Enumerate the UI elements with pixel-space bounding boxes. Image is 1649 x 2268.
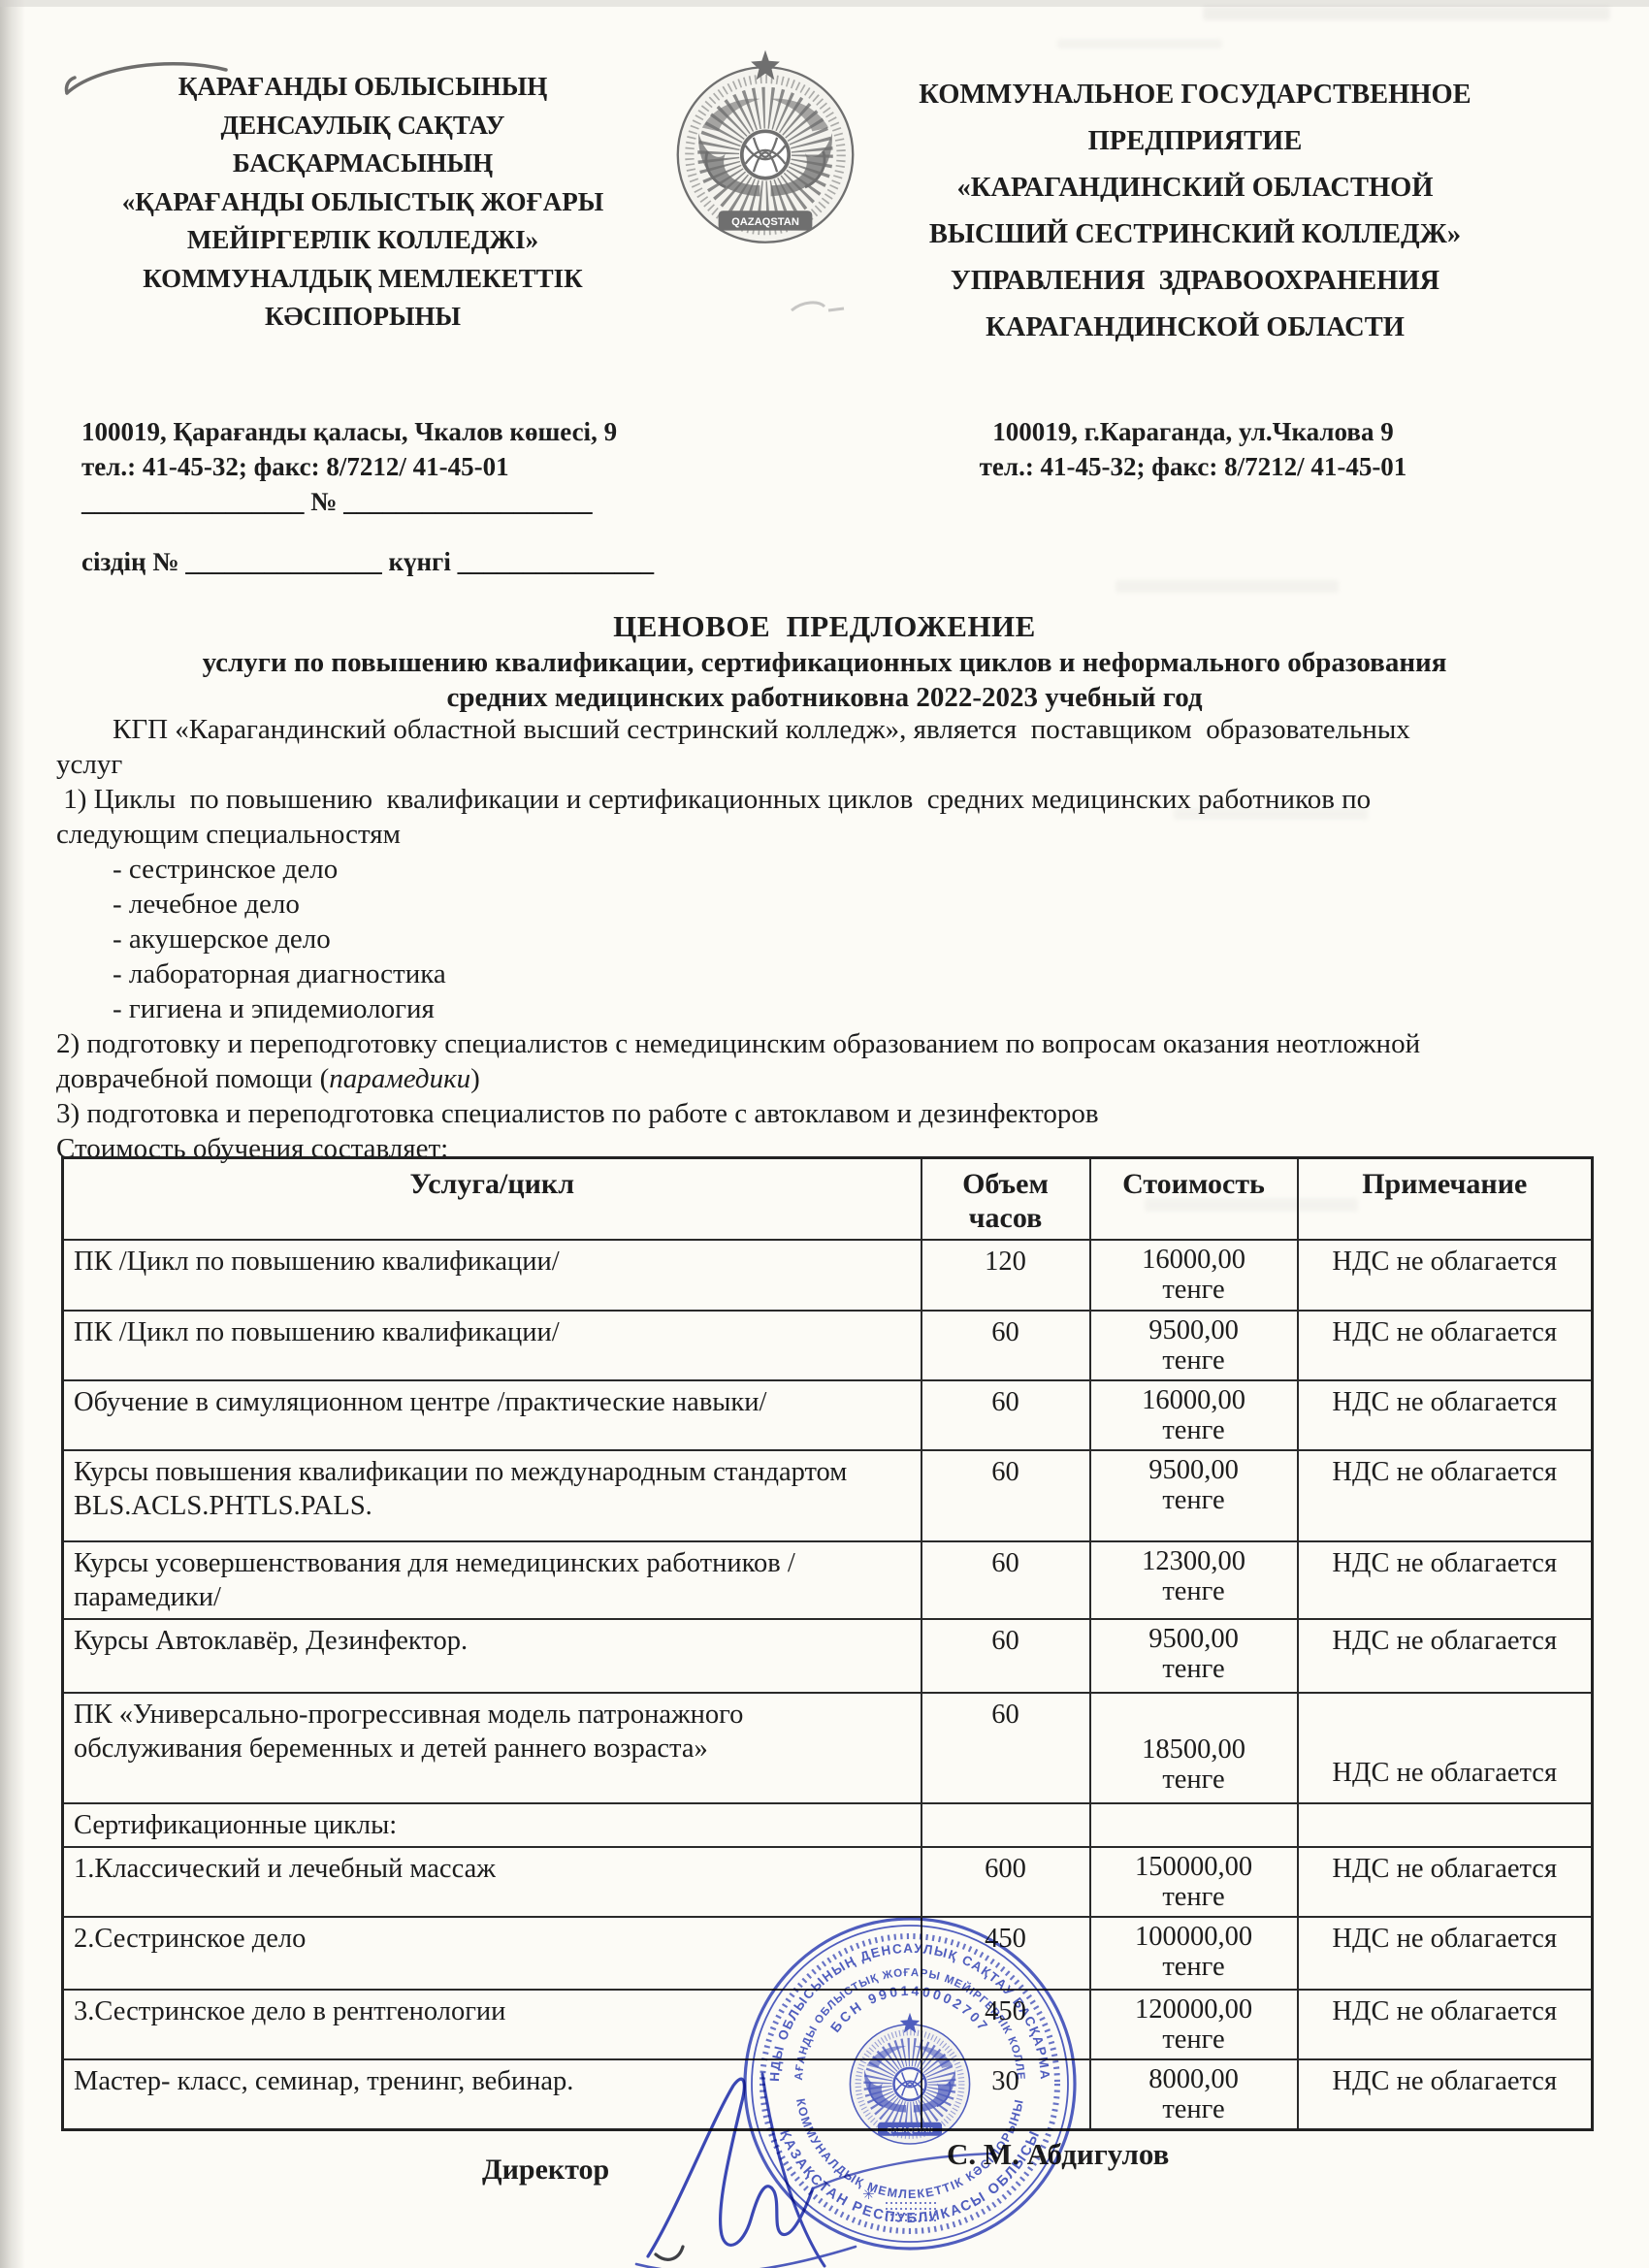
body-line-paramedic: доврачебной помощи (парамедики): [56, 1061, 1604, 1096]
cell-note: [1298, 1803, 1593, 1847]
body-paragraph: КГП «Карагандинский областной высший сес…: [56, 712, 1604, 1166]
phone-line: тел.: 41-45-32; факс: 8/7212/ 41-45-01: [81, 449, 654, 484]
header-block-russian: КОММУНАЛЬНОЕ ГОСУДАРСТВЕННОЕ ПРЕДПРИЯТИЕ…: [885, 72, 1505, 351]
number-line: _________________ № ___________________: [81, 484, 654, 519]
header-line: КӘСІПОРЫНЫ: [76, 298, 650, 337]
scan-edge-shadow: [0, 0, 25, 2268]
body-line: - сестринское дело: [56, 852, 1604, 887]
scan-smudge-icon: [786, 297, 850, 318]
cell-cost: 16000,00тенге: [1090, 1380, 1298, 1450]
cell-note: НДС не облагается: [1298, 1847, 1593, 1917]
header-line: УПРАВЛЕНИЯ ЗДРАВООХРАНЕНИЯ: [885, 258, 1505, 305]
header-line: КАРАГАНДИНСКОЙ ОБЛАСТИ: [885, 305, 1505, 351]
header-line: КОММУНАЛЬНОЕ ГОСУДАРСТВЕННОЕ: [885, 72, 1505, 118]
paramedic-post: ): [470, 1063, 480, 1094]
body-line: КГП «Карагандинский областной высший сес…: [56, 712, 1604, 747]
cell-note: НДС не облагается: [1298, 1917, 1593, 1990]
address-line: 100019, Қарағанды қаласы, Чкалов көшесі,…: [81, 414, 654, 449]
cell-cost: 9500,00тенге: [1090, 1311, 1298, 1380]
body-line: 3) подготовка и переподготовка специалис…: [56, 1096, 1604, 1131]
scan-artifact: [1115, 580, 1339, 593]
table-row: ПК /Цикл по повышению квалификации/ 60 9…: [63, 1311, 1593, 1380]
body-line: 1) Циклы по повышению квалификации и сер…: [56, 782, 1604, 817]
header-line: «КАРАГАНДИНСКИЙ ОБЛАСТНОЙ: [885, 165, 1505, 211]
cell-note: НДС не облагается: [1298, 1541, 1593, 1619]
body-line: следующим специальностям: [56, 817, 1604, 852]
cell-note: НДС не облагается: [1298, 1619, 1593, 1693]
table-row: Курсы усовершенствования для немедицинск…: [63, 1541, 1593, 1619]
kazakhstan-coat-of-arms-icon: [656, 45, 875, 252]
address-block-kazakh: 100019, Қарағанды қаласы, Чкалов көшесі,…: [81, 414, 654, 579]
document-subtitle: услуги по повышению квалификации, сертиф…: [0, 647, 1649, 679]
header-line: МЕЙІРГЕРЛІК КОЛЛЕДЖІ»: [76, 221, 650, 260]
cell-service: Курсы повышения квалификации по междунар…: [63, 1450, 921, 1541]
cell-hours: 60: [921, 1380, 1090, 1450]
header-line: ҚАРАҒАНДЫ ОБЛЫСЫНЫҢ: [76, 68, 650, 107]
director-label: Директор: [482, 2154, 609, 2187]
cell-note: НДС не облагается: [1298, 1240, 1593, 1311]
table-header-cell: Стоимость: [1090, 1158, 1298, 1241]
body-line: услуг: [56, 747, 1604, 782]
cell-service: Обучение в симуляционном центре /практич…: [63, 1380, 921, 1450]
cell-hours: 60: [921, 1541, 1090, 1619]
paramedic-italic: парамедики: [329, 1063, 470, 1094]
cell-hours: 60: [921, 1619, 1090, 1693]
header-line: КОММУНАЛДЫҚ МЕМЛЕКЕТТІК: [76, 260, 650, 299]
body-line: - лабораторная диагностика: [56, 956, 1604, 991]
scan-artifact: [1057, 39, 1222, 49]
cell-note: НДС не облагается: [1298, 1311, 1593, 1380]
table-row: ПК /Цикл по повышению квалификации/ 120 …: [63, 1240, 1593, 1311]
cell-cost: 9500,00тенге: [1090, 1619, 1298, 1693]
cell-note: НДС не облагается: [1298, 1990, 1593, 2059]
table-row: 1.Классический и лечебный массаж 600 150…: [63, 1847, 1593, 1917]
cell-service: Курсы усовершенствования для немедицинск…: [63, 1541, 921, 1619]
signature-scribble-icon: [619, 2064, 1065, 2268]
body-line: - акушерское дело: [56, 922, 1604, 956]
cell-cost: 100000,00тенге: [1090, 1917, 1298, 1990]
cell-cost: [1090, 1803, 1298, 1847]
cell-hours: [921, 1803, 1090, 1847]
table-header-cell: Объем часов: [921, 1158, 1090, 1241]
header-line: ПРЕДПРИЯТИЕ: [885, 118, 1505, 165]
body-line: 2) подготовку и переподготовку специалис…: [56, 1026, 1604, 1061]
cell-hours: 60: [921, 1450, 1090, 1541]
cell-note: НДС не облагается: [1298, 1693, 1593, 1803]
paramedic-pre: доврачебной помощи (: [56, 1063, 329, 1094]
cell-cost: 9500,00тенге: [1090, 1450, 1298, 1541]
cell-hours: 60: [921, 1693, 1090, 1803]
cell-service: Сертификационные циклы:: [63, 1803, 921, 1847]
cell-cost: 18500,00тенге: [1090, 1693, 1298, 1803]
header-block-kazakh: ҚАРАҒАНДЫ ОБЛЫСЫНЫҢ ДЕНСАУЛЫҚ САҚТАУ БАС…: [76, 68, 650, 337]
body-line: - лечебное дело: [56, 887, 1604, 922]
document-page: QAZAQSTAN ҚАРАҒАНДЫ ОБЛЫСЫНЫҢ ДЕНСАУЛЫҚ …: [0, 0, 1649, 2268]
table-row: Курсы Автоклавёр, Дезинфектор. 60 9500,0…: [63, 1619, 1593, 1693]
phone-line: тел.: 41-45-32; факс: 8/7212/ 41-45-01: [902, 449, 1484, 484]
table-header-row: Услуга/цикл Объем часов Стоимость Примеч…: [63, 1158, 1593, 1241]
cell-service: ПК /Цикл по повышению квалификации/: [63, 1240, 921, 1311]
address-line: 100019, г.Караганда, ул.Чкалова 9: [902, 414, 1484, 449]
cell-hours: 600: [921, 1847, 1090, 1917]
header-line: ВЫСШИЙ СЕСТРИНСКИЙ КОЛЛЕДЖ»: [885, 211, 1505, 258]
body-line: - гигиена и эпидемиология: [56, 991, 1604, 1026]
cell-cost: 8000,00тенге: [1090, 2059, 1298, 2130]
cell-cost: 16000,00тенге: [1090, 1240, 1298, 1311]
header-line: БАСҚАРМАСЫНЫҢ: [76, 145, 650, 183]
document-subtitle: средних медицинских работниковна 2022-20…: [0, 682, 1649, 714]
header-line: ДЕНСАУЛЫҚ САҚТАУ: [76, 107, 650, 146]
cell-note: НДС не облагается: [1298, 1380, 1593, 1450]
cell-service: ПК /Цикл по повышению квалификации/: [63, 1311, 921, 1380]
table-header-cell: Примечание: [1298, 1158, 1593, 1241]
cell-note: НДС не облагается: [1298, 1450, 1593, 1541]
document-title: ЦЕНОВОЕ ПРЕДЛОЖЕНИЕ: [0, 609, 1649, 644]
cell-hours: 120: [921, 1240, 1090, 1311]
table-row: Обучение в симуляционном центре /практич…: [63, 1380, 1593, 1450]
address-block-russian: 100019, г.Караганда, ул.Чкалова 9 тел.: …: [902, 414, 1484, 484]
table-row: Курсы повышения квалификации по междунар…: [63, 1450, 1593, 1541]
reference-line: сіздің № _______________ күнгі _________…: [81, 544, 654, 579]
scan-artifact: [1203, 6, 1610, 20]
cell-cost: 150000,00тенге: [1090, 1847, 1298, 1917]
table-section-row: Сертификационные циклы:: [63, 1803, 1593, 1847]
cell-cost: 120000,00тенге: [1090, 1990, 1298, 2059]
cell-service: 1.Классический и лечебный массаж: [63, 1847, 921, 1917]
cell-service: Курсы Автоклавёр, Дезинфектор.: [63, 1619, 921, 1693]
cell-hours: 60: [921, 1311, 1090, 1380]
table-row: ПК «Универсально-прогрессивная модель па…: [63, 1693, 1593, 1803]
header-line: «ҚАРАҒАНДЫ ОБЛЫСТЫҚ ЖОҒАРЫ: [76, 183, 650, 222]
cell-note: НДС не облагается: [1298, 2059, 1593, 2130]
cell-cost: 12300,00тенге: [1090, 1541, 1298, 1619]
cell-service: ПК «Универсально-прогрессивная модель па…: [63, 1693, 921, 1803]
table-header-cell: Услуга/цикл: [63, 1158, 921, 1241]
